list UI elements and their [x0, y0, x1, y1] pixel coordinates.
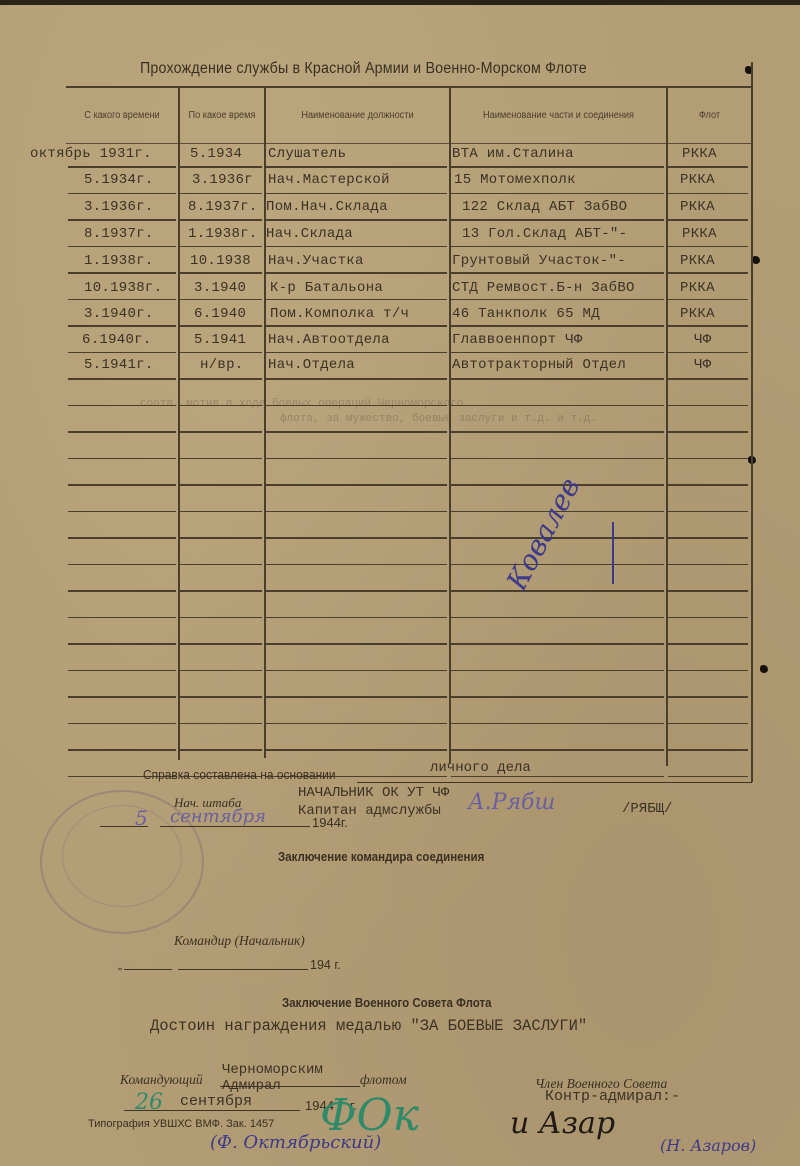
cell-position: К-р Батальона — [270, 280, 383, 296]
signature-stroke — [612, 522, 614, 584]
row-rule — [266, 193, 447, 195]
row-rule — [451, 670, 664, 672]
row-rule — [180, 617, 262, 619]
row-rule — [451, 378, 664, 380]
row-rule — [180, 643, 262, 645]
fleet-date-day-underline — [124, 1110, 172, 1111]
row-rule — [668, 617, 748, 619]
row-rule — [180, 749, 262, 751]
row-rule — [451, 219, 664, 221]
row-rule — [68, 670, 176, 672]
row-rule — [180, 193, 262, 195]
row-rule — [266, 458, 447, 460]
row-rule — [180, 272, 262, 274]
fleet-date-day: 26 — [135, 1090, 163, 1115]
column-header-to: По какое время — [183, 92, 260, 140]
page-title: Прохождение службы в Красной Армии и Вое… — [140, 60, 674, 78]
cell-to: 10.1938 — [190, 253, 251, 269]
row-rule — [451, 325, 664, 327]
row-rule — [451, 696, 664, 698]
cell-fleet: РККА — [682, 226, 717, 242]
row-rule — [668, 643, 748, 645]
row-rule — [68, 219, 176, 221]
row-rule — [266, 246, 447, 248]
row-rule — [451, 166, 664, 168]
row-rule — [180, 378, 262, 380]
cell-to: 3.1940 — [194, 280, 246, 296]
row-rule — [451, 405, 664, 407]
row-rule — [68, 617, 176, 619]
fleet-date-month-underline — [170, 1110, 300, 1111]
basis-underline — [357, 782, 752, 783]
row-rule — [266, 511, 447, 513]
cell-to: 8.1937г. — [188, 199, 258, 215]
cell-fleet: РККА — [680, 253, 715, 269]
row-rule — [451, 431, 664, 433]
cell-fleet: РККА — [680, 199, 715, 215]
cell-unit: Автотракторный Отдел — [452, 357, 626, 373]
row-rule — [266, 537, 447, 539]
row-rule — [451, 643, 664, 645]
row-rule — [668, 484, 748, 486]
row-rule — [180, 511, 262, 513]
row-rule — [68, 378, 176, 380]
fleet-underline — [220, 1086, 360, 1087]
row-rule — [668, 696, 748, 698]
row-rule — [668, 219, 748, 221]
row-rule — [668, 352, 748, 354]
row-rule — [451, 723, 664, 725]
row-rule — [180, 246, 262, 248]
row-rule — [451, 272, 664, 274]
fleet-commander-label: Командующий — [120, 1072, 203, 1088]
cell-from: 3.1940г. — [84, 306, 154, 322]
official-stamp-inner — [62, 805, 182, 907]
column-divider — [449, 88, 451, 764]
row-rule — [68, 431, 176, 433]
row-rule — [68, 696, 176, 698]
row-rule — [266, 696, 447, 698]
row-rule — [451, 590, 664, 592]
cell-from: 10.1938г. — [84, 280, 162, 296]
row-rule — [180, 484, 262, 486]
row-rule — [266, 352, 447, 354]
chief-signature: А.Рябш — [468, 790, 555, 815]
column-header-fleet: Флот — [671, 92, 747, 140]
row-rule — [68, 590, 176, 592]
row-rule — [668, 723, 748, 725]
council-member-name: (Н. Азаров) — [660, 1136, 756, 1155]
cell-unit: СТД Ремвост.Б-н ЗабВО — [452, 280, 635, 296]
row-rule — [266, 590, 447, 592]
basis-label: Справка составлена на основании — [143, 767, 336, 782]
row-rule — [451, 617, 664, 619]
cell-unit: 13 Гол.Склад АБТ-"- — [462, 226, 627, 242]
cell-position: Пом.Комполка т/ч — [270, 306, 409, 322]
basis-value: личного дела — [430, 760, 531, 776]
council-member-rank: Контр-адмирал:- — [545, 1088, 680, 1105]
cell-to: 6.1940 — [194, 306, 246, 322]
row-rule — [68, 723, 176, 725]
row-rule — [668, 458, 748, 460]
date-quote-mark: „ — [118, 958, 122, 972]
column-header-from: С какого времени — [70, 92, 173, 140]
cell-unit: 122 Склад АБТ ЗабВО — [462, 199, 627, 215]
row-rule — [180, 431, 262, 433]
row-rule — [68, 564, 176, 566]
cell-to: 5.1934 — [190, 146, 242, 162]
chief-title-line1: НАЧАЛЬНИК ОК УТ ЧФ — [298, 785, 449, 801]
row-rule — [668, 193, 748, 195]
chief-name: /РЯБЩ/ — [622, 801, 672, 817]
fleet-council-decision: Достоин награждения медалью "ЗА БОЕВЫЕ З… — [150, 1017, 587, 1035]
row-rule — [68, 246, 176, 248]
row-rule — [451, 246, 664, 248]
cell-position: Нач.Склада — [266, 226, 353, 242]
fleet-date-month: сентября — [180, 1093, 252, 1110]
row-rule — [451, 458, 664, 460]
cell-fleet: ЧФ — [694, 357, 711, 373]
row-rule — [180, 670, 262, 672]
reference-date-month: сентября — [170, 806, 266, 827]
row-rule — [180, 299, 262, 301]
row-rule — [668, 776, 748, 778]
row-rule — [668, 564, 748, 566]
row-rule — [451, 299, 664, 301]
row-rule — [68, 299, 176, 301]
row-rule — [668, 511, 748, 513]
row-rule — [68, 325, 176, 327]
row-rule — [68, 643, 176, 645]
row-rule — [266, 299, 447, 301]
commander-conclusion-heading: Заключение командира соединения — [278, 850, 484, 864]
row-rule — [266, 723, 447, 725]
row-rule — [266, 325, 447, 327]
row-rule — [68, 511, 176, 513]
punch-hole — [760, 665, 768, 673]
row-rule — [266, 431, 447, 433]
row-rule — [266, 166, 447, 168]
row-rule — [668, 431, 748, 433]
row-rule — [180, 723, 262, 725]
column-divider — [666, 88, 668, 766]
bleedthrough-text: флота, за мужество, боевые заслуги и т.д… — [280, 413, 597, 425]
row-rule — [668, 378, 748, 380]
scan-edge — [0, 0, 800, 5]
cell-position: Нач.Участка — [268, 253, 364, 269]
row-rule — [266, 219, 447, 221]
cell-from: 5.1941г. — [84, 357, 154, 373]
cell-fleet: РККА — [680, 172, 715, 188]
row-rule — [668, 166, 748, 168]
cell-fleet: ЧФ — [694, 332, 711, 348]
row-rule — [266, 378, 447, 380]
punch-hole — [752, 256, 760, 264]
commander-date-day-underline — [124, 969, 172, 970]
row-rule — [668, 325, 748, 327]
council-member-signature: и Азар — [510, 1106, 615, 1141]
cell-to: н/вр. — [200, 357, 244, 373]
column-header-unit: Наименование части и соединения — [460, 92, 658, 140]
table-top-border — [66, 86, 752, 88]
row-rule — [266, 670, 447, 672]
cell-from: 8.1937г. — [84, 226, 154, 242]
cell-from: 3.1936г. — [84, 199, 154, 215]
row-rule — [266, 749, 447, 751]
cell-to: 3.1936г — [192, 172, 253, 188]
cell-from: 5.1934г. — [84, 172, 154, 188]
row-rule — [668, 272, 748, 274]
row-rule — [68, 352, 176, 354]
row-rule — [68, 272, 176, 274]
cell-position: Нач.Мастерской — [268, 172, 390, 188]
row-rule — [180, 325, 262, 327]
row-rule — [266, 484, 447, 486]
row-rule — [451, 352, 664, 354]
row-rule — [266, 564, 447, 566]
row-rule — [668, 537, 748, 539]
commander-date-year: 194 г. — [310, 958, 341, 972]
row-rule — [68, 484, 176, 486]
cell-fleet: РККА — [682, 146, 717, 162]
row-rule — [451, 749, 664, 751]
date-month-underline — [160, 826, 310, 827]
cell-to: 1.1938г. — [188, 226, 258, 242]
row-rule — [68, 166, 176, 168]
row-rule — [68, 458, 176, 460]
cell-fleet: РККА — [680, 306, 715, 322]
row-rule — [451, 564, 664, 566]
row-rule — [266, 272, 447, 274]
cell-position: Нач.Отдела — [268, 357, 355, 373]
cell-from: октябрь 1931г. — [30, 146, 152, 162]
row-rule — [451, 193, 664, 195]
cell-unit: 46 Танкполк 65 МД — [452, 306, 600, 322]
row-rule — [180, 219, 262, 221]
cell-unit: Главвоенпорт ЧФ — [452, 332, 583, 348]
row-rule — [668, 299, 748, 301]
row-rule — [180, 590, 262, 592]
row-rule — [180, 696, 262, 698]
row-rule — [180, 564, 262, 566]
row-rule — [266, 617, 447, 619]
cell-unit: 15 Мотомехполк — [454, 172, 576, 188]
cell-position: Слушатель — [268, 146, 346, 162]
row-rule — [266, 643, 447, 645]
cell-unit: Грунтовый Участок-"- — [452, 253, 626, 269]
bleedthrough-text: соотв. мотив в ходе боевых операций Черн… — [140, 398, 463, 410]
row-rule — [180, 537, 262, 539]
cell-unit: ВТА им.Сталина — [452, 146, 574, 162]
fleet-commander-name: (Ф. Октябрьский) — [210, 1132, 381, 1153]
row-rule — [668, 590, 748, 592]
commander-date-month-underline — [178, 969, 308, 970]
row-rule — [180, 458, 262, 460]
date-day-underline — [100, 826, 148, 827]
row-rule — [68, 193, 176, 195]
cell-fleet: РККА — [680, 280, 715, 296]
fleet-council-heading: Заключение Военного Совета Флота — [282, 996, 492, 1010]
row-rule — [68, 749, 176, 751]
row-rule — [668, 749, 748, 751]
column-header-position: Наименование должности — [273, 92, 441, 140]
row-rule — [180, 166, 262, 168]
table-right-border — [751, 62, 753, 782]
fleet-commander-fleet: Черноморским — [222, 1062, 323, 1078]
fleet-label-suffix: флотом — [360, 1072, 407, 1088]
cell-from: 1.1938г. — [84, 253, 154, 269]
reference-date-year: 1944г. — [312, 815, 348, 830]
cell-from: 6.1940г. — [82, 332, 152, 348]
printer-line: Типография УВШХС ВМФ. Зак. 1457 — [88, 1118, 274, 1130]
row-rule — [668, 246, 748, 248]
row-rule — [668, 405, 748, 407]
row-rule — [668, 670, 748, 672]
cell-to: 5.1941 — [194, 332, 246, 348]
row-rule — [68, 537, 176, 539]
cell-position: Пом.Нач.Склада — [266, 199, 388, 215]
column-divider — [264, 88, 266, 758]
row-rule — [180, 352, 262, 354]
table-header-border — [66, 143, 752, 144]
column-divider — [178, 88, 180, 760]
commander-signer-label: Командир (Начальник) — [174, 933, 305, 949]
cell-position: Нач.Автоотдела — [268, 332, 390, 348]
